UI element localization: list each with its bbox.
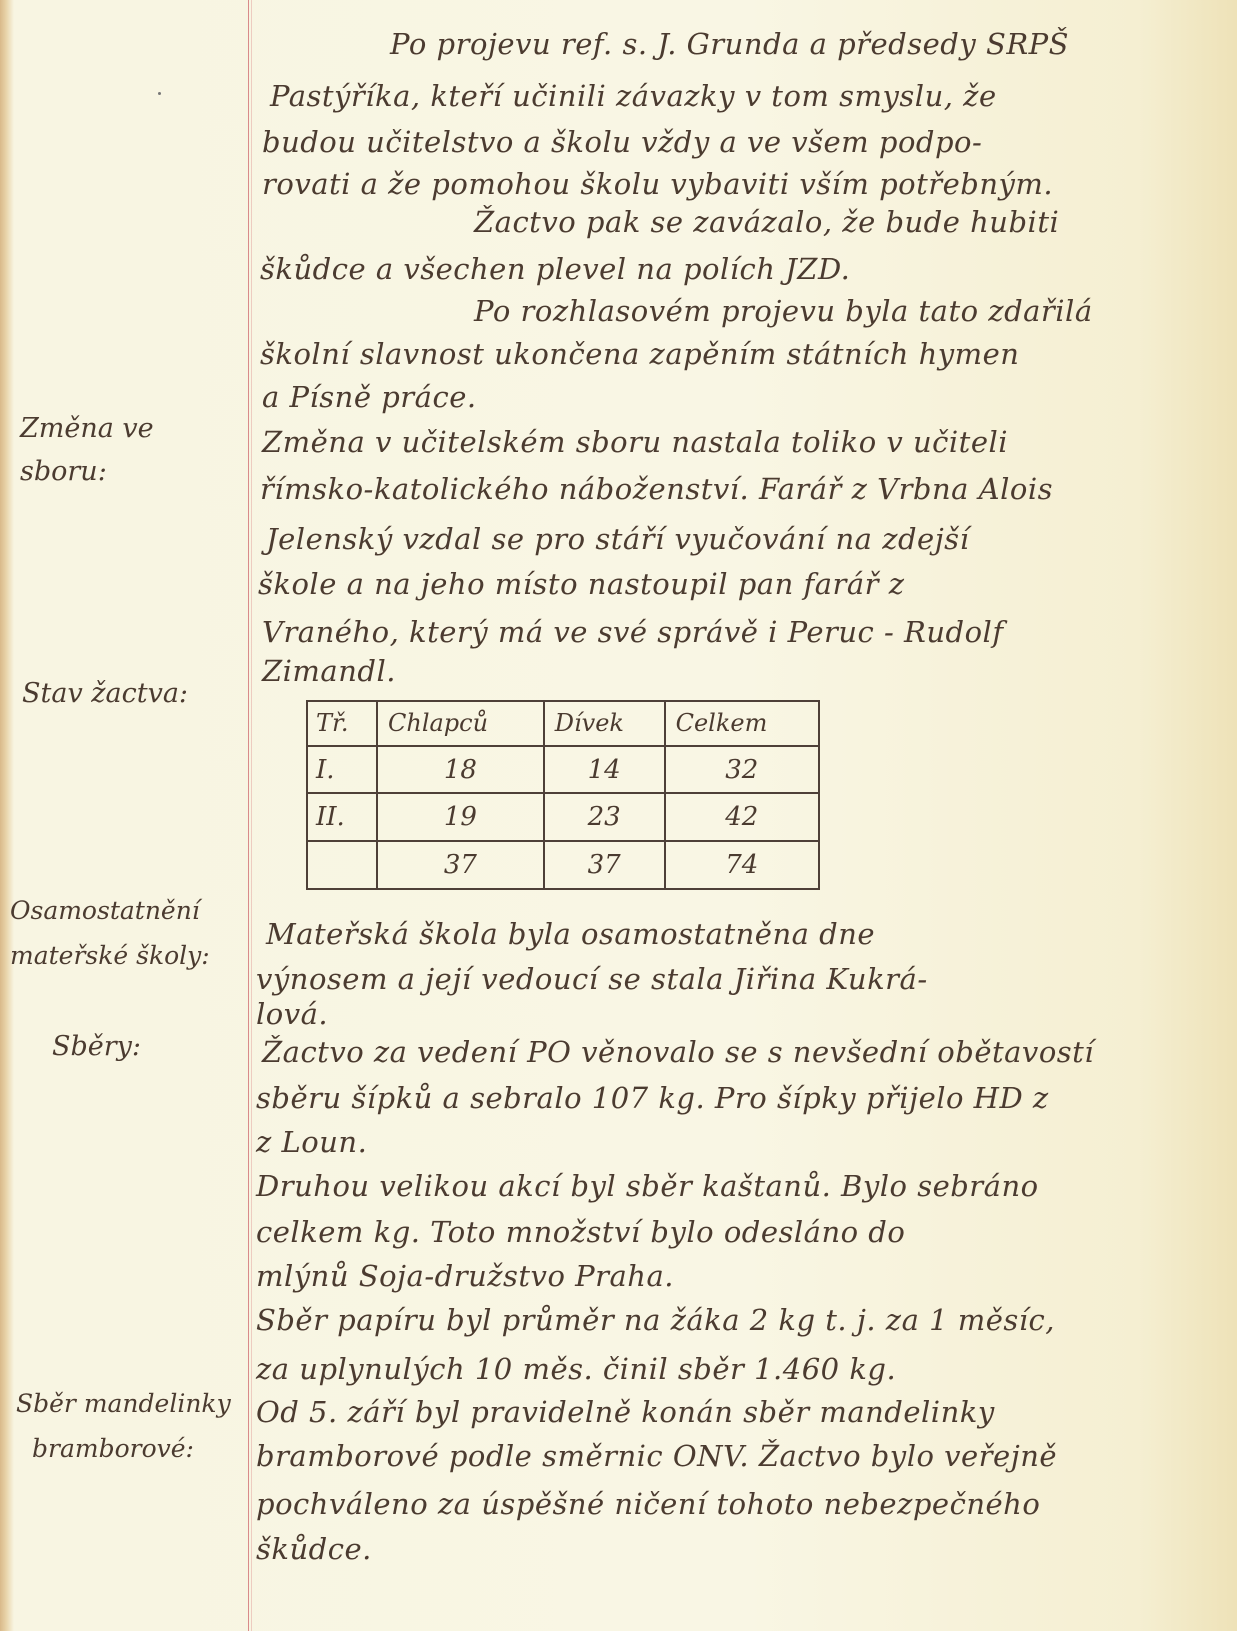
text-line: bramborové podle směrnic ONV. Žactvo byl… [256, 1442, 1057, 1471]
margin-label-mandelinka-line2: bramborové: [32, 1436, 194, 1461]
cell-class: I. [307, 746, 377, 794]
text-line: Žactvo za vedení PO věnovalo se s nevšed… [262, 1038, 1094, 1067]
cell-total: 32 [665, 746, 819, 794]
pupil-count-table: Tř. Chlapců Dívek Celkem I. 18 14 32 II.… [306, 700, 820, 890]
cell-total: 42 [665, 793, 819, 841]
header-class: Tř. [307, 701, 377, 746]
cell-girls: 37 [544, 841, 665, 889]
text-line: škole a na jeho místo nastoupil pan fará… [258, 570, 905, 599]
text-line: a Písně práce. [262, 383, 477, 412]
text-line: Změna v učitelském sboru nastala toliko … [262, 428, 1008, 457]
margin-label-zmena-line1: Změna ve [20, 415, 154, 442]
text-line: rovati a že pomohou školu vybaviti vším … [262, 170, 1053, 199]
text-line: pochváleno za úspěšné ničení tohoto nebe… [256, 1490, 1040, 1519]
table-row-totals: 37 37 74 [307, 841, 819, 889]
text-line: z Loun. [256, 1128, 367, 1157]
text-line: Mateřská škola byla osamostatněna dne [266, 920, 875, 949]
header-boys: Chlapců [377, 701, 544, 746]
cell-girls: 23 [544, 793, 665, 841]
cell-boys: 37 [377, 841, 544, 889]
margin-label-stav-zactva: Stav žactva: [22, 680, 188, 707]
text-line: škůdce. [256, 1535, 372, 1564]
text-line: Vraného, který má ve své správě i Peruc … [262, 618, 1004, 647]
table-header-row: Tř. Chlapců Dívek Celkem [307, 701, 819, 746]
margin-label-sbery: Sběry: [52, 1033, 141, 1060]
red-margin-line [248, 0, 249, 1631]
margin-label-osamostatneni-line2: mateřské školy: [10, 943, 210, 968]
header-girls: Dívek [544, 701, 665, 746]
cell-class: II. [307, 793, 377, 841]
text-line: sběru šípků a sebralo 107 kg. Pro šípky … [256, 1084, 1049, 1113]
text-line: mlýnů Soja-družstvo Praha. [256, 1262, 674, 1291]
cell-boys: 18 [377, 746, 544, 794]
cell-boys: 19 [377, 793, 544, 841]
text-line: Sběr papíru byl průměr na žáka 2 kg t. j… [256, 1306, 1055, 1335]
text-line: Pastýříka, kteří učinili závazky v tom s… [270, 82, 997, 111]
text-line: výnosem a její vedoucí se stala Jiřina K… [256, 965, 928, 994]
red-margin-line-secondary [251, 0, 252, 1631]
text-line: římsko-katolického náboženství. Farář z … [260, 475, 1053, 504]
text-line: Po rozhlasovém projevu byla tato zdařilá [474, 297, 1093, 326]
text-line: škůdce a všechen plevel na polích JZD. [260, 255, 850, 284]
cell-girls: 14 [544, 746, 665, 794]
margin-label-mandelinka-line1: Sběr mandelinky [16, 1391, 231, 1416]
text-line: za uplynulých 10 měs. činil sběr 1.460 k… [256, 1355, 896, 1384]
text-line: Druhou velikou akcí byl sběr kaštanů. By… [256, 1172, 1039, 1201]
text-line: celkem kg. Toto množství bylo odesláno d… [256, 1218, 905, 1247]
header-total: Celkem [665, 701, 819, 746]
table-row: II. 19 23 42 [307, 793, 819, 841]
text-line: školní slavnost ukončena zapěním státníc… [260, 340, 1020, 369]
text-line: Zimandl. [262, 657, 396, 686]
text-line: lová. [256, 1000, 328, 1029]
handwritten-chronicle-page: Změna ve sboru: Stav žactva: Osamostatně… [0, 0, 1237, 1631]
margin-label-osamostatneni-line1: Osamostatnění [10, 898, 200, 923]
cell-total: 74 [665, 841, 819, 889]
text-line: Po projevu ref. s. J. Grunda a předsedy … [390, 30, 1069, 59]
ink-speck [158, 92, 161, 95]
cell-class [307, 841, 377, 889]
table-row: I. 18 14 32 [307, 746, 819, 794]
text-line: budou učitelstvo a školu vždy a ve všem … [262, 128, 982, 157]
text-line: Žactvo pak se zavázalo, že bude hubiti [474, 208, 1059, 237]
text-line: Jelenský vzdal se pro stáří vyučování na… [266, 525, 969, 554]
margin-label-zmena-line2: sboru: [20, 458, 107, 485]
text-line: Od 5. září byl pravidelně konán sběr man… [256, 1398, 995, 1427]
